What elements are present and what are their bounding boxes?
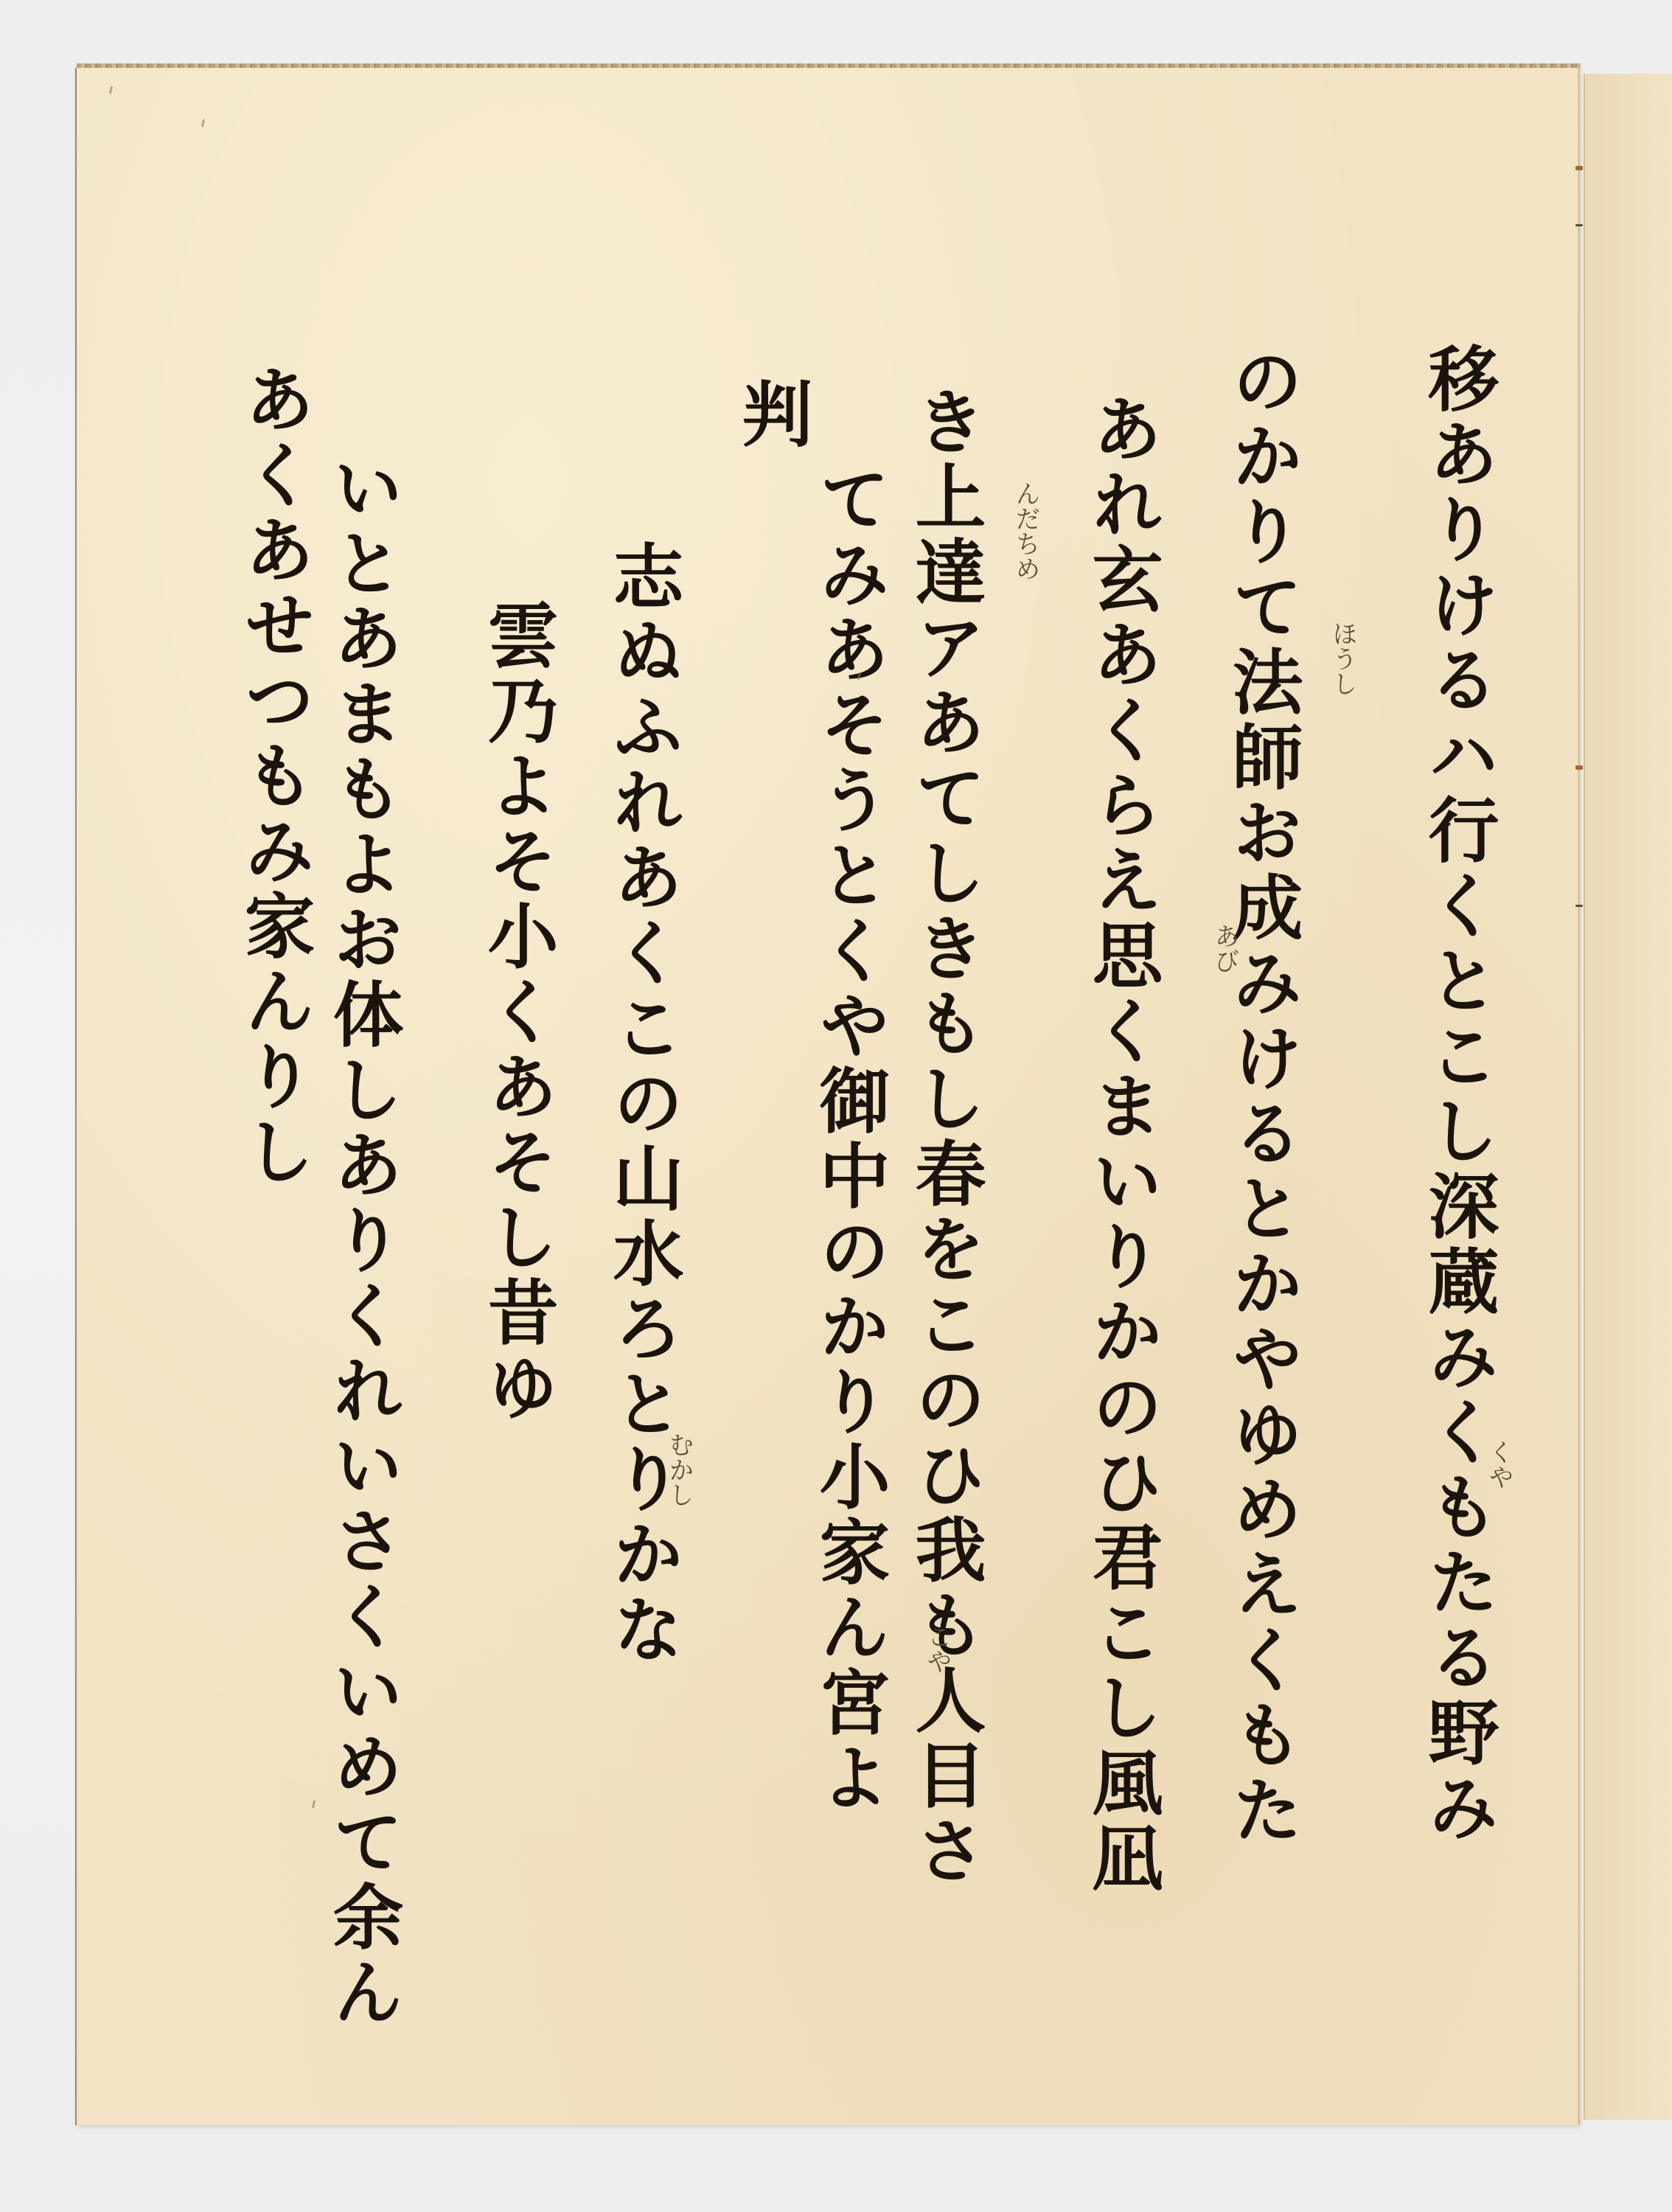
text-column-1: 移ありけるハ行くとこし深蔵みくもたる野み [1423, 342, 1494, 2038]
ruby-annotation: むかし [666, 1432, 692, 1507]
text-column-5: てみあそうとくや御中のかり小家ん宮よ [814, 462, 885, 2084]
text-column-7: 志ぬふれあくこの山水ろとりかな [607, 540, 678, 2014]
text-column-4: き上達アあてしきもし春をこのひ我も人目さ [910, 385, 980, 2081]
manuscript-page: 移ありけるハ行くとこし深蔵みくもたる野み のかりて法師お成みけるとかやゆめえくも… [77, 68, 1581, 2125]
text-column-10: あくあせつもみ家んりし [239, 363, 310, 1395]
binding-stitch [1575, 224, 1583, 226]
text-column-8: 雲乃よそ小くあそし昔ゆ [482, 599, 553, 1705]
text-column-3: あれ玄あくらえ思くまいりかのひ君こし風凪 [1087, 392, 1157, 2088]
binding-stitch [1575, 765, 1583, 770]
text-column-6-judgment: 判 [736, 378, 807, 525]
paper-speck [201, 119, 205, 127]
ruby-annotation: こや [924, 1624, 950, 1674]
binding-stitch [1575, 166, 1583, 170]
binding-stitch [1575, 905, 1583, 907]
ruby-annotation: あび [1212, 923, 1237, 973]
adjacent-page-edge [1584, 74, 1672, 2120]
binding-fold [1578, 68, 1581, 2125]
text-column-9: いとあまもよお体しありくれいさくいめて余ん [327, 451, 398, 2073]
paper-speck [109, 86, 113, 94]
ruby-annotation: くや [1486, 1439, 1511, 1489]
ruby-annotation: ほうし [1330, 621, 1355, 696]
page-top-edge [77, 63, 1581, 68]
text-column-2: のかりて法師お成みけるとかやゆめえくもた [1227, 344, 1297, 2040]
paper-speck [312, 1801, 316, 1808]
ruby-annotation: んだちめ [1013, 481, 1038, 581]
